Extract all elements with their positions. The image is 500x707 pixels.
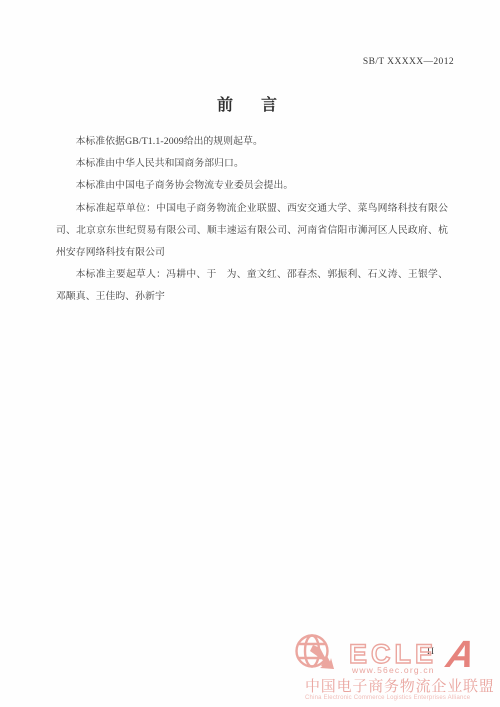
watermark-org-name-cn: 中国电子商务物流企业联盟 <box>305 675 500 696</box>
eclea-logo: ECLE A www.56ec.org.cn <box>293 632 500 676</box>
paragraph-drafting-organizations: 本标准起草单位：中国电子商务物流企业联盟、西安交通大学、菜鸟网络科技有限公司、北… <box>56 198 448 265</box>
globe-icon <box>297 636 328 667</box>
paragraph-main-drafters: 本标准主要起草人：冯耕中、于 为、童文红、邵春杰、郭振利、石义涛、王银学、邓颙真… <box>56 264 448 308</box>
foreword-body: 本标准依据GB/T1.1-2009给出的规则起草。 本标准由中华人民共和国商务部… <box>56 131 448 309</box>
logo-acronym-outline: ECLE <box>349 639 437 669</box>
paragraph-jurisdiction: 本标准由中华人民共和国商务部归口。 <box>56 153 448 175</box>
eclea-watermark: ECLE A www.56ec.org.cn 中国电子商务物流企业联盟 Chin… <box>293 632 500 707</box>
cursor-arrow-icon <box>310 645 334 669</box>
logo-url: www.56ec.org.cn <box>351 665 435 675</box>
paragraph-proposed-by: 本标准由中国电子商务协会物流专业委员会提出。 <box>56 175 448 197</box>
logo-acronym-solid: A <box>442 633 478 676</box>
page-number: II <box>427 646 435 656</box>
doc-code: SB/T XXXXX—2012 <box>363 57 454 67</box>
page-title: 前 言 <box>0 92 500 115</box>
paragraph-drafting-rule: 本标准依据GB/T1.1-2009给出的规则起草。 <box>56 131 448 153</box>
watermark-org-name-en: China Electronic Commerce Logistics Ente… <box>305 695 500 701</box>
